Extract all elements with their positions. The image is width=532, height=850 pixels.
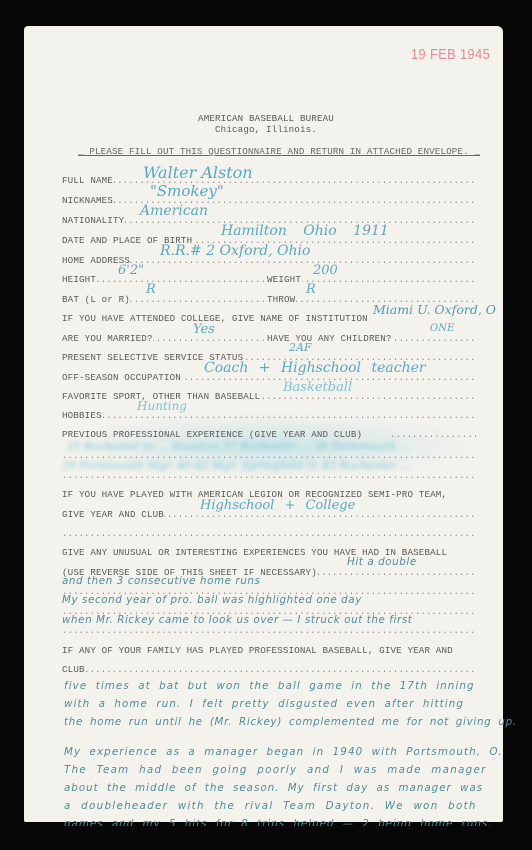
throw-value: R bbox=[306, 282, 316, 297]
dot-leader: ........................................… bbox=[62, 195, 477, 206]
nicknames-label: NICKNAMES bbox=[62, 195, 113, 206]
height-label: HEIGHT bbox=[62, 274, 96, 285]
birth-value: Hamilton Ohio 1911 bbox=[221, 223, 389, 239]
off-season-label: OFF-SEASON OCCUPATION bbox=[62, 372, 181, 383]
handwritten-line: a doubleheader with the rival Team Dayto… bbox=[64, 800, 477, 812]
previous-experience-line-1: 35 Rochester to ... Houston 37 Rochester… bbox=[66, 440, 410, 453]
children-label: HAVE YOU ANY CHILDREN? bbox=[266, 333, 393, 344]
weight-label: WEIGHT bbox=[266, 274, 302, 285]
bat-value: R bbox=[146, 282, 156, 297]
bureau-name: AMERICAN BASEBALL BUREAU bbox=[0, 113, 532, 124]
dot-leader: ........................................… bbox=[390, 429, 480, 440]
weight-value: 200 bbox=[313, 263, 338, 278]
dot-leader: ........................................… bbox=[62, 664, 477, 675]
family-label-2: CLUB bbox=[62, 664, 85, 675]
home-address-value: R.R.# 2 Oxford, Ohio bbox=[160, 243, 310, 259]
semi-pro-value: Highschool + College bbox=[200, 498, 355, 513]
handwritten-line: the home run until he (Mr. Rickey) compl… bbox=[64, 716, 517, 728]
previous-experience-label: PREVIOUS PROFESSIONAL EXPERIENCE (GIVE Y… bbox=[62, 429, 362, 440]
bureau-location: Chicago, Illinois. bbox=[0, 124, 532, 135]
nationality-label: NATIONALITY bbox=[62, 215, 124, 226]
selective-service-value: 2AF bbox=[289, 341, 312, 354]
dot-leader: ........................................… bbox=[62, 528, 477, 539]
favorite-sport-value: Basketball bbox=[283, 380, 352, 395]
married-value: Yes bbox=[193, 322, 215, 337]
previous-experience-line-2: 39 Portsmouth Mgr. 40-42 Mgr. Springfiel… bbox=[62, 459, 410, 472]
received-date-stamp: 19 FEB 1945 bbox=[411, 46, 490, 63]
semi-pro-label-2: GIVE YEAR AND CLUB bbox=[62, 509, 164, 520]
handwritten-line: My experience as a manager began in 1940… bbox=[64, 746, 503, 758]
family-label-1: IF ANY OF YOUR FAMILY HAS PLAYED PROFESS… bbox=[62, 645, 453, 656]
experiences-value-1: Hit a double bbox=[347, 556, 417, 568]
hobbies-value: Hunting bbox=[137, 399, 187, 413]
full-name-value: Walter Alston bbox=[143, 163, 253, 182]
height-value: 6'2" bbox=[118, 263, 144, 278]
dot-leader: ........................................… bbox=[62, 625, 477, 636]
children-value: one bbox=[430, 323, 454, 334]
instruction-line: _ PLEASE FILL OUT THIS QUESTIONNAIRE AND… bbox=[78, 146, 480, 157]
full-name-label: FULL NAME bbox=[62, 175, 114, 186]
handwritten-line: with a home run. I felt pretty disgusted… bbox=[64, 698, 464, 710]
experiences-value-2: and then 3 consecutive home runs bbox=[62, 575, 260, 587]
handwritten-line: five times at bat but won the ball game … bbox=[64, 680, 475, 692]
bat-label: BAT (L or R) bbox=[62, 294, 130, 305]
experiences-value-4: when Mr. Rickey came to look us over — I… bbox=[62, 614, 412, 626]
college-value: Miami U. Oxford, O bbox=[373, 302, 496, 317]
handwritten-line: about the middle of the season. My first… bbox=[64, 782, 483, 794]
nicknames-value: "Smokey" bbox=[150, 182, 224, 200]
throw-label: THROW bbox=[266, 294, 296, 305]
nationality-value: American bbox=[140, 203, 208, 219]
handwritten-line: games and my 5 hits for 8 trips helped —… bbox=[64, 818, 493, 830]
off-season-value: Coach + Highschool teacher bbox=[204, 360, 426, 376]
handwritten-line: The Team had been going poorly and I was… bbox=[64, 764, 487, 776]
married-label: ARE YOU MARRIED? bbox=[62, 333, 153, 344]
dot-leader: ........................................… bbox=[62, 175, 477, 186]
experiences-value-3: My second year of pro. ball was highligh… bbox=[62, 594, 362, 606]
